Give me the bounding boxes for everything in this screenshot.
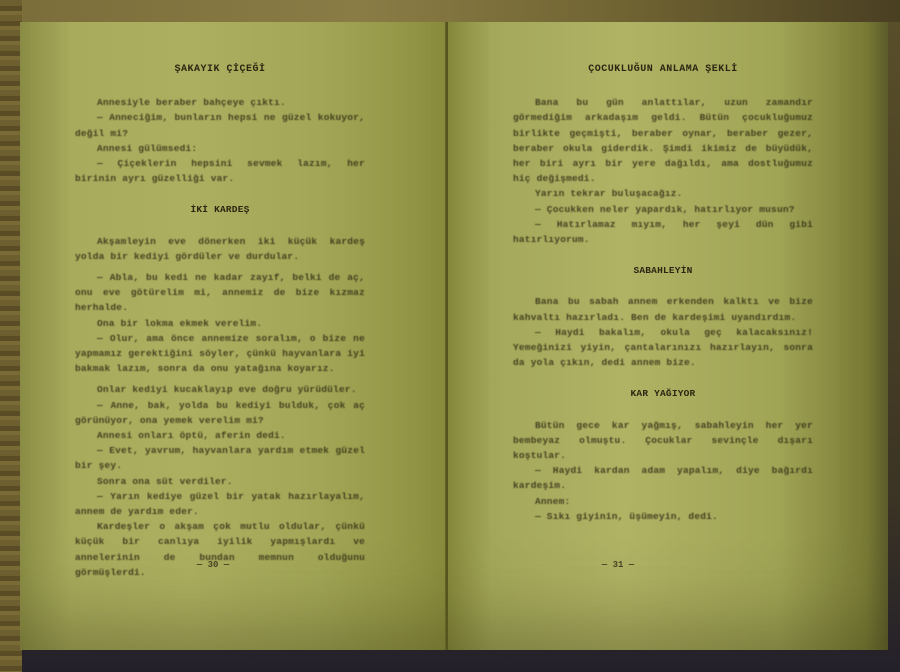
paragraph: — Abla, bu kedi ne kadar zayıf, belki de… bbox=[75, 270, 365, 316]
left-page: ŞAKAYIK ÇİÇEĞİ Annesiyle beraber bahçeye… bbox=[20, 22, 446, 650]
paragraph: Akşamleyin eve dönerken iki küçük kardeş… bbox=[75, 234, 365, 264]
paragraph: — Haydi kardan adam yapalım, diye bağırd… bbox=[513, 463, 813, 493]
open-book: ŞAKAYIK ÇİÇEĞİ Annesiyle beraber bahçeye… bbox=[20, 22, 888, 650]
paragraph: Yarın tekrar buluşacağız. bbox=[513, 186, 813, 201]
paragraph: Bütün gece kar yağmış, sabahleyin her ye… bbox=[513, 418, 813, 464]
right-page: ÇOCUKLUĞUN ANLAMA ŞEKLİ Bana bu gün anla… bbox=[448, 22, 888, 650]
paragraph: — Sıkı giyinin, üşümeyin, dedi. bbox=[513, 509, 813, 524]
section-title: SABAHLEYİN bbox=[513, 263, 813, 278]
paragraph: — Yarın kediye güzel bir yatak hazırlaya… bbox=[75, 489, 365, 519]
paragraph: Annesi gülümsedi: bbox=[75, 141, 365, 156]
paragraph: — Haydi bakalım, okula geç kalacaksınız!… bbox=[513, 325, 813, 371]
page-number: — 31 — bbox=[398, 560, 838, 570]
paragraph: Kardeşler o akşam çok mutlu oldular, çün… bbox=[75, 519, 365, 580]
paragraph: Annem: bbox=[513, 494, 813, 509]
paragraph: — Olur, ama önce annemize soralım, o biz… bbox=[75, 331, 365, 377]
paragraph: — Hatırlamaz mıyım, her şeyi dün gibi ha… bbox=[513, 217, 813, 247]
paragraph: — Çocukken neler yapardık, hatırlıyor mu… bbox=[513, 202, 813, 217]
paragraph: Annesiyle beraber bahçeye çıktı. bbox=[75, 95, 365, 110]
paragraph: Bana bu gün anlattılar, uzun zamandır gö… bbox=[513, 95, 813, 186]
section-title: KAR YAĞIYOR bbox=[513, 386, 813, 401]
paragraph: — Evet, yavrum, hayvanlara yardım etmek … bbox=[75, 443, 365, 473]
paragraph: Onlar kediyi kucaklayıp eve doğru yürüdü… bbox=[75, 382, 365, 397]
left-page-header: ŞAKAYIK ÇİÇEĞİ bbox=[75, 62, 365, 77]
background-surface-left bbox=[0, 0, 22, 672]
background-surface-top bbox=[0, 0, 900, 22]
paragraph: — Çiçeklerin hepsini sevmek lazım, her b… bbox=[75, 156, 365, 186]
right-page-header: ÇOCUKLUĞUN ANLAMA ŞEKLİ bbox=[513, 62, 813, 77]
right-page-content: ÇOCUKLUĞUN ANLAMA ŞEKLİ Bana bu gün anla… bbox=[513, 62, 813, 524]
paragraph: — Anne, bak, yolda bu kediyi bulduk, çok… bbox=[75, 398, 365, 428]
left-page-content: ŞAKAYIK ÇİÇEĞİ Annesiyle beraber bahçeye… bbox=[75, 62, 365, 580]
paragraph: Annesi onları öptü, aferin dedi. bbox=[75, 428, 365, 443]
paragraph: Sonra ona süt verdiler. bbox=[75, 474, 365, 489]
paragraph: — Anneciğim, bunların hepsi ne güzel kok… bbox=[75, 110, 365, 140]
page-number: — 30 — bbox=[0, 560, 426, 570]
paragraph: Bana bu sabah annem erkenden kalktı ve b… bbox=[513, 294, 813, 324]
paragraph: Ona bir lokma ekmek verelim. bbox=[75, 316, 365, 331]
section-title: İKİ KARDEŞ bbox=[75, 202, 365, 217]
